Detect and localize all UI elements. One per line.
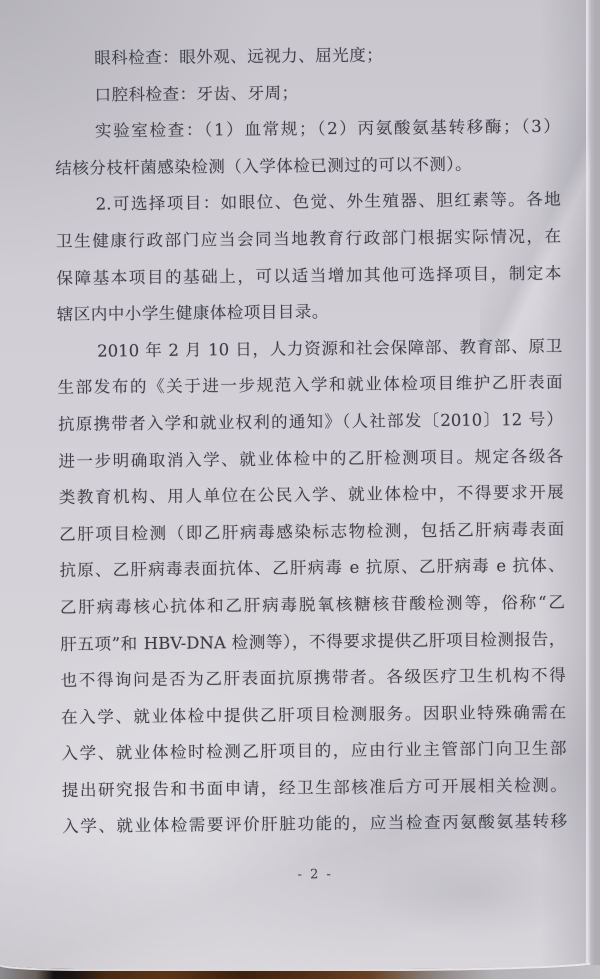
text-line: 2.可选择项目：如眼位、色觉、外生殖器、胆红素等。各地 — [56, 182, 561, 224]
document-photo: 眼科检查：眼外观、远视力、屈光度；口腔科检查：牙齿、牙周；实验室检查：（1）血常… — [0, 0, 600, 979]
text-line: 结核分枝杆菌感染检测（入学体检已测过的可以不测）。 — [55, 145, 560, 187]
text-line: 抗原、乙肝病毒表面抗体、乙肝病毒 e 抗原、乙肝病毒 e 抗体、 — [59, 548, 564, 590]
page-number: - 2 - — [63, 865, 568, 885]
text-line: 入学、就业体检需要评价肝脏功能的，应当检查丙氨酸氨基转移 — [62, 804, 567, 846]
paper-sheet: 眼科检查：眼外观、远视力、屈光度；口腔科检查：牙齿、牙周；实验室检查：（1）血常… — [0, 0, 600, 969]
text-line: 类教育机构、用人单位在公民入学、就业体检中，不得要求开展 — [59, 475, 564, 517]
text-line: 实验室检查：（1）血常规；（2）丙氨酸氨基转移酶；（3） — [55, 109, 560, 151]
text-line: 辖区内中小学生健康体检项目目录。 — [57, 292, 562, 334]
document-body-wrapper: 眼科检查：眼外观、远视力、屈光度；口腔科检查：牙齿、牙周；实验室检查：（1）血常… — [54, 36, 568, 885]
document-body: 眼科检查：眼外观、远视力、屈光度；口腔科检查：牙齿、牙周；实验室检查：（1）血常… — [54, 36, 567, 846]
text-line: 乙肝项目检测（即乙肝病毒感染标志物检测，包括乙肝病毒表面 — [59, 511, 564, 553]
text-line: 卫生健康行政部门应当会同当地教育行政部门根据实际情况，在 — [56, 219, 561, 261]
text-line: 也不得询问是否为乙肝表面抗原携带者。各级医疗卫生机构不得 — [61, 658, 566, 700]
text-line: 乙肝病毒核心抗体和乙肝病毒脱氧核糖核苷酸检测等，俗称“乙 — [60, 585, 565, 627]
text-line: 眼科检查：眼外观、远视力、屈光度； — [54, 36, 559, 78]
text-line: 在入学、就业体检中提供乙肝项目检测服务。因职业特殊确需在 — [61, 694, 566, 736]
text-line: 抗原携带者入学和就业权利的通知》（人社部发〔2010〕12 号） — [58, 402, 563, 444]
text-line: 入学、就业体检时检测乙肝项目的，应由行业主管部门向卫生部 — [61, 731, 566, 773]
text-line: 肝五项”和 HBV-DNA 检测等），不得要求提供乙肝项目检测报告， — [60, 621, 565, 663]
text-line: 保障基本项目的基础上，可以适当增加其他可选择项目，制定本 — [56, 255, 561, 297]
text-line: 进一步明确取消入学、就业体检中的乙肝检测项目。规定各级各 — [58, 438, 563, 480]
text-line: 口腔科检查：牙齿、牙周； — [54, 72, 559, 114]
text-line: 2010 年 2 月 10 日，人力资源和社会保障部、教育部、原卫 — [57, 328, 562, 370]
paper-right-edge — [586, 0, 600, 965]
text-line: 生部发布的《关于进一步规范入学和就业体检项目维护乙肝表面 — [57, 365, 562, 407]
text-line: 提出研究报告和书面申请，经卫生部核准后方可开展相关检测。 — [62, 768, 567, 810]
